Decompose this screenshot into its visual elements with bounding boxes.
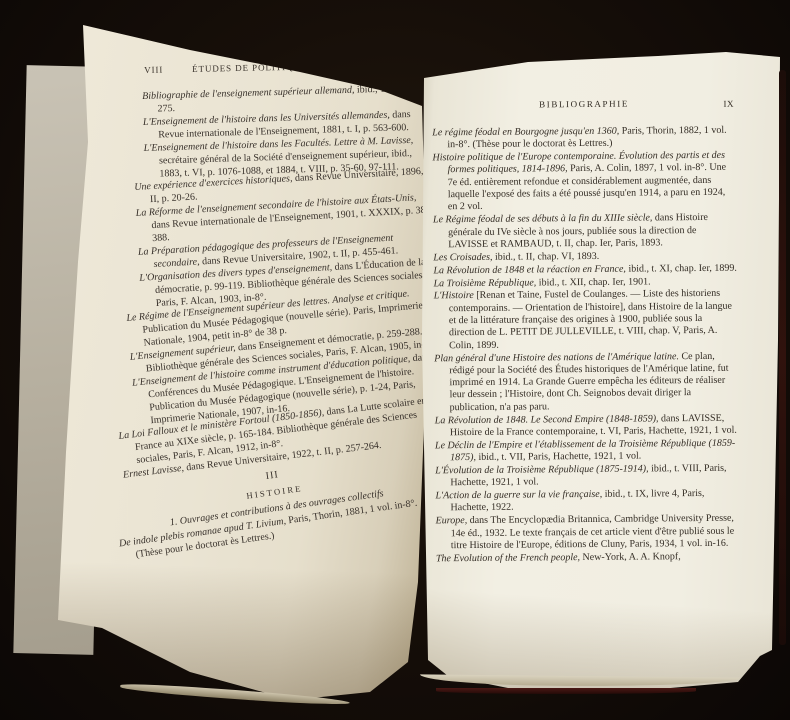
- right-page: BIBLIOGRAPHIE IX Le régime féodal en Bou…: [408, 40, 790, 696]
- entry-title: La Troisième République,: [434, 277, 537, 289]
- entry-title: L'Histoire: [434, 290, 474, 301]
- entry-title: La Révolution de 1848. Le Second Empire …: [435, 413, 659, 426]
- entry-title: Le régime féodal en Bourgogne jusqu'en 1…: [432, 126, 619, 139]
- bib-entry: Europe, dans The Encyclopædia Britannica…: [436, 513, 740, 553]
- left-page-header: VIII ÉTUDES DE POLITIQUE ET D'HISTOIRE: [142, 58, 434, 78]
- entry-rest: ibid., t. VII, Paris, Hachette, 1921, 1 …: [476, 451, 641, 463]
- bib-entry: Plan général d'une Histoire des nations …: [434, 350, 739, 414]
- entry-title: L'Évolution de la Troisième République (…: [435, 463, 649, 476]
- bib-entry: Le Régime féodal de ses débuts à la fin …: [433, 212, 737, 252]
- right-running-title: BIBLIOGRAPHIE: [432, 97, 736, 112]
- book-photo: VIII ÉTUDES DE POLITIQUE ET D'HISTOIRE B…: [0, 0, 790, 720]
- right-folio: IX: [723, 98, 734, 110]
- book-cover-edge-right: [779, 70, 786, 645]
- entry-rest: ibid., t. XII, chap. Ier, 1901.: [536, 276, 650, 288]
- bib-entry: Le Déclin de l'Empire et l'établissement…: [435, 437, 739, 464]
- bib-entry: L'Histoire [Renan et Taine, Fustel de Co…: [434, 288, 739, 352]
- bib-entry: La Révolution de 1848. Le Second Empire …: [435, 412, 739, 439]
- left-page-text: VIII ÉTUDES DE POLITIQUE ET D'HISTOIRE B…: [142, 64, 434, 565]
- bib-entry: L'Action de la guerre sur la vie françai…: [435, 488, 739, 515]
- left-running-title: ÉTUDES DE POLITIQUE ET D'HISTOIRE: [142, 58, 434, 77]
- entry-title: The Evolution of the French people,: [436, 552, 580, 564]
- bib-entry: The Evolution of the French people, New-…: [436, 550, 740, 565]
- entry-title: L'Action de la guerre sur la vie françai…: [435, 489, 602, 501]
- entry-rest: ibid., t. II, chap. VI, 1893.: [492, 251, 599, 263]
- entry-rest: New-York, A. A. Knopf,: [580, 551, 681, 563]
- entry-title: Bibliographie de l'enseignement supérieu…: [142, 85, 355, 102]
- entry-rest: [Renan et Taine, Fustel de Coulanges. — …: [449, 288, 732, 351]
- entry-rest: ibid., t. XI, chap. Ier, 1899.: [626, 262, 737, 274]
- book-cover-edge-bottom: [436, 688, 696, 694]
- bib-entry: Histoire politique de l'Europe contempor…: [432, 150, 737, 214]
- entry-title: Le Régime féodal de ses débuts à la fin …: [433, 213, 652, 226]
- entry-title: Europe,: [436, 515, 468, 526]
- right-page-text: BIBLIOGRAPHIE IX Le régime féodal en Bou…: [432, 97, 740, 566]
- entry-title: La Révolution de 1848 et la réaction en …: [433, 263, 626, 276]
- entry-title: Plan général d'une Histoire des nations …: [434, 351, 679, 364]
- entry-rest: dans The Encyclopædia Britannica, Cambri…: [451, 513, 734, 551]
- right-page-header: BIBLIOGRAPHIE IX: [432, 97, 736, 113]
- left-page: VIII ÉTUDES DE POLITIQUE ET D'HISTOIRE B…: [40, 22, 434, 716]
- entry-title: Les Croisades,: [433, 252, 492, 264]
- bib-entry: L'Évolution de la Troisième République (…: [435, 463, 739, 490]
- bib-entry: Le régime féodal en Bourgogne jusqu'en 1…: [432, 125, 736, 152]
